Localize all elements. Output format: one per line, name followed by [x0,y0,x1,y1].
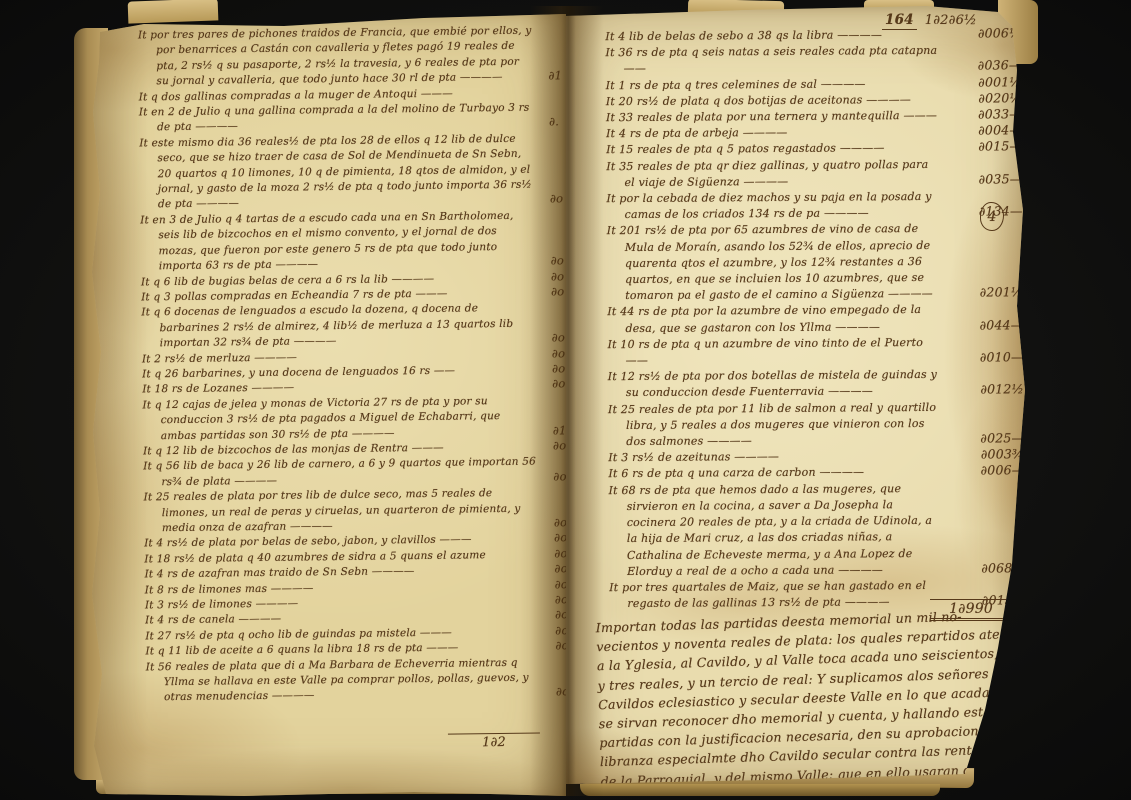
entry-text: It 8 rs de limones mas ———— [145,582,314,596]
entry-amount: ∂006— [999,463,1025,479]
entry-amount: ∂134— [997,203,1023,219]
entry-text: It 4 rs de azafran mas traido de Sn Sebn… [144,565,414,580]
entry-text: It 4 lib de belas de sebo a 38 qs la lib… [605,28,882,43]
entry-text: It 4 rs de canela ———— [145,613,281,627]
entry-text: It por tres quartales de Maiz, que se ha… [609,579,926,610]
entry-text: It q 11 lib de aceite a 6 quans la libra… [145,642,458,658]
entry-text: It 15 reales de pta q 5 patos regastados… [606,142,885,157]
entry-text: It q 12 lib de bizcochos de las monjas d… [143,442,444,458]
ledger-entry: It q 6 docenas de lenguados a escudo la … [141,301,536,352]
entry-text: It q 6 lib de bugias belas de cera a 6 r… [141,272,434,288]
closing-paragraph: Importan todas las partidas deesta memor… [595,605,1032,784]
entry-text: It 4 rs de pta de arbeja ———— [606,126,787,140]
entry-amount: ∂201½ [998,285,1024,301]
entry-text: It q 56 lib de baca y 26 lib de carnero,… [143,456,536,488]
entry-text: It 3 rs½ de azeitunas ———— [608,450,779,464]
subtotal: 1∂2 [448,733,540,751]
entry-amount: ∂004— [996,122,1022,138]
entry-text: It 12 rs½ de pta por dos botellas de mis… [608,368,937,399]
entry-text: It por tres pares de pichones traidos de… [138,25,532,88]
entry-text: It q 12 cajas de jelea y monas de Victor… [142,395,500,442]
entry-amount: ∂015— [996,139,1022,155]
ledger-entry: It q 12 cajas de jelea y monas de Victor… [142,393,537,444]
entry-amount: ∂025— [998,430,1024,446]
entry-text: It 25 reales de pta por 11 lib de salmon… [608,401,936,449]
entry-amount: ∂033— [996,106,1022,122]
entry-text: It 36 rs de pta q seis natas a seis real… [605,44,937,75]
entry-text: It 10 rs de pta q un azumbre de vino tin… [607,336,923,367]
ledger-entry: It 25 reales de pta por 11 lib de salmon… [608,400,940,451]
ledger-entry: It 56 reales de plata que di a Ma Barbar… [146,655,541,706]
entry-text: It 18 rs½ de plata q 40 azumbres de sidr… [144,549,486,565]
entry-text: It 68 rs de pta que hemos dado a las mug… [609,482,933,578]
ledger-entry: It en 3 de Julio q 4 tartas de a escudo … [140,208,535,274]
ledger-entry: It q 56 lib de baca y 26 lib de carnero,… [143,455,537,491]
left-page: It por tres pares de pichones traidos de… [84,10,566,796]
entry-text: It en 2 de Julio q una gallina comprada … [139,102,530,134]
ledger-entry: It 10 rs de pta q un azumbre de vino tin… [607,335,939,370]
ledger-entry: It 12 rs½ de pta por dos botellas de mis… [608,367,940,402]
entry-text: It 18 rs de Lozanes ———— [142,382,294,396]
ledger-entry: It 201 rs½ de pta por 65 azumbres de vin… [607,221,940,304]
page-stack-edge [580,784,940,796]
ledger-entry: It por la cebada de diez machos y su paj… [606,189,938,224]
entry-text: It este mismo dia 36 reales½ de pta los … [139,133,532,211]
entry-amount: ∂003¾ [999,447,1025,463]
ledger-entry: It 35 reales de pta qr diez gallinas, y … [606,156,938,191]
entry-text: It q 3 pollas compradas en Echeandia 7 r… [141,288,448,304]
entry-amount: ∂044— [998,317,1024,333]
ledger-entry: It 44 rs de pta por la azumbre de vino e… [607,302,939,337]
ledger-entry: It por tres quartales de Maiz, que se ha… [609,578,941,613]
entry-text: It 56 reales de plata que di a Ma Barbar… [146,656,529,703]
right-page-body: It 4 lib de belas de sebo a 38 qs la lib… [605,27,942,784]
entry-text: It en 3 de Julio q 4 tartas de a escudo … [140,210,513,273]
left-page-entries: It por tres pares de pichones traidos de… [138,24,540,707]
ledger-entry: It 36 rs de pta q seis natas a seis real… [605,43,937,78]
manuscript-book: It por tres pares de pichones traidos de… [0,0,1131,800]
manuscript-scan: { "scan": { "background_color": "#0e0e0d… [0,0,1131,800]
entry-amount: ∂001½ [996,74,1022,90]
entry-text: It 3 rs½ de limones ———— [145,598,299,612]
entry-text: It 25 reales de plata por tres lib de du… [144,487,521,534]
entry-text: It 201 rs½ de pta por 65 azumbres de vin… [607,222,933,302]
ledger-entry: It 25 reales de plata por tres lib de du… [144,486,539,537]
entry-text: It 35 reales de pta qr diez gallinas, y … [606,158,928,189]
entry-text: It 4 rs½ de plata por belas de sebo, jab… [144,534,472,550]
entry-text: It q dos gallinas compradas a la muger d… [139,87,453,103]
entry-text: It por la cebada de diez machos y su paj… [606,190,931,221]
right-page-entries: It 4 lib de belas de sebo a 38 qs la lib… [605,27,941,613]
entry-text: It 27 rs½ de pta q ocho lib de guindas p… [145,626,452,642]
entry-text: It 1 rs de pta q tres celemines de sal —… [606,77,866,92]
entry-amount: ∂068— [999,560,1025,576]
ledger-entry: It 68 rs de pta que hemos dado a las mug… [609,481,942,581]
right-page: 164 1∂2∂6½ 4 1∂990 It 4 lib de belas de … [566,6,1032,784]
entry-amount: ∂035— [997,171,1023,187]
left-page-footer: 1∂2 [142,725,536,755]
carried-total: 1∂2∂6½ [925,13,977,28]
ledger-entry: It este mismo dia 36 reales½ de pta los … [139,131,534,213]
entry-text: It q 26 barbarines, y una docena de leng… [142,365,455,381]
ledger-entry: It por tres pares de pichones traidos de… [138,24,533,90]
page-tab [128,0,219,24]
entry-text: It 2 rs½ de merluza ———— [142,351,297,365]
entry-amount: ∂010— [998,349,1024,365]
entry-text: It 20 rs½ de plata q dos botijas de acei… [606,93,911,108]
entry-text: It 33 reales de plata por una ternera y … [606,109,937,124]
ledger-entry: It en 2 de Julio q una gallina comprada … [139,101,533,137]
entry-text: It 44 rs de pta por la azumbre de vino e… [607,303,921,334]
entry-amount: ∂020½ [996,90,1022,106]
entry-amount: ∂012½ [998,382,1024,398]
entry-text: It 6 rs de pta q una carza de carbon ———… [608,466,864,481]
entry-text: It q 6 docenas de lenguados a escudo la … [141,303,513,350]
